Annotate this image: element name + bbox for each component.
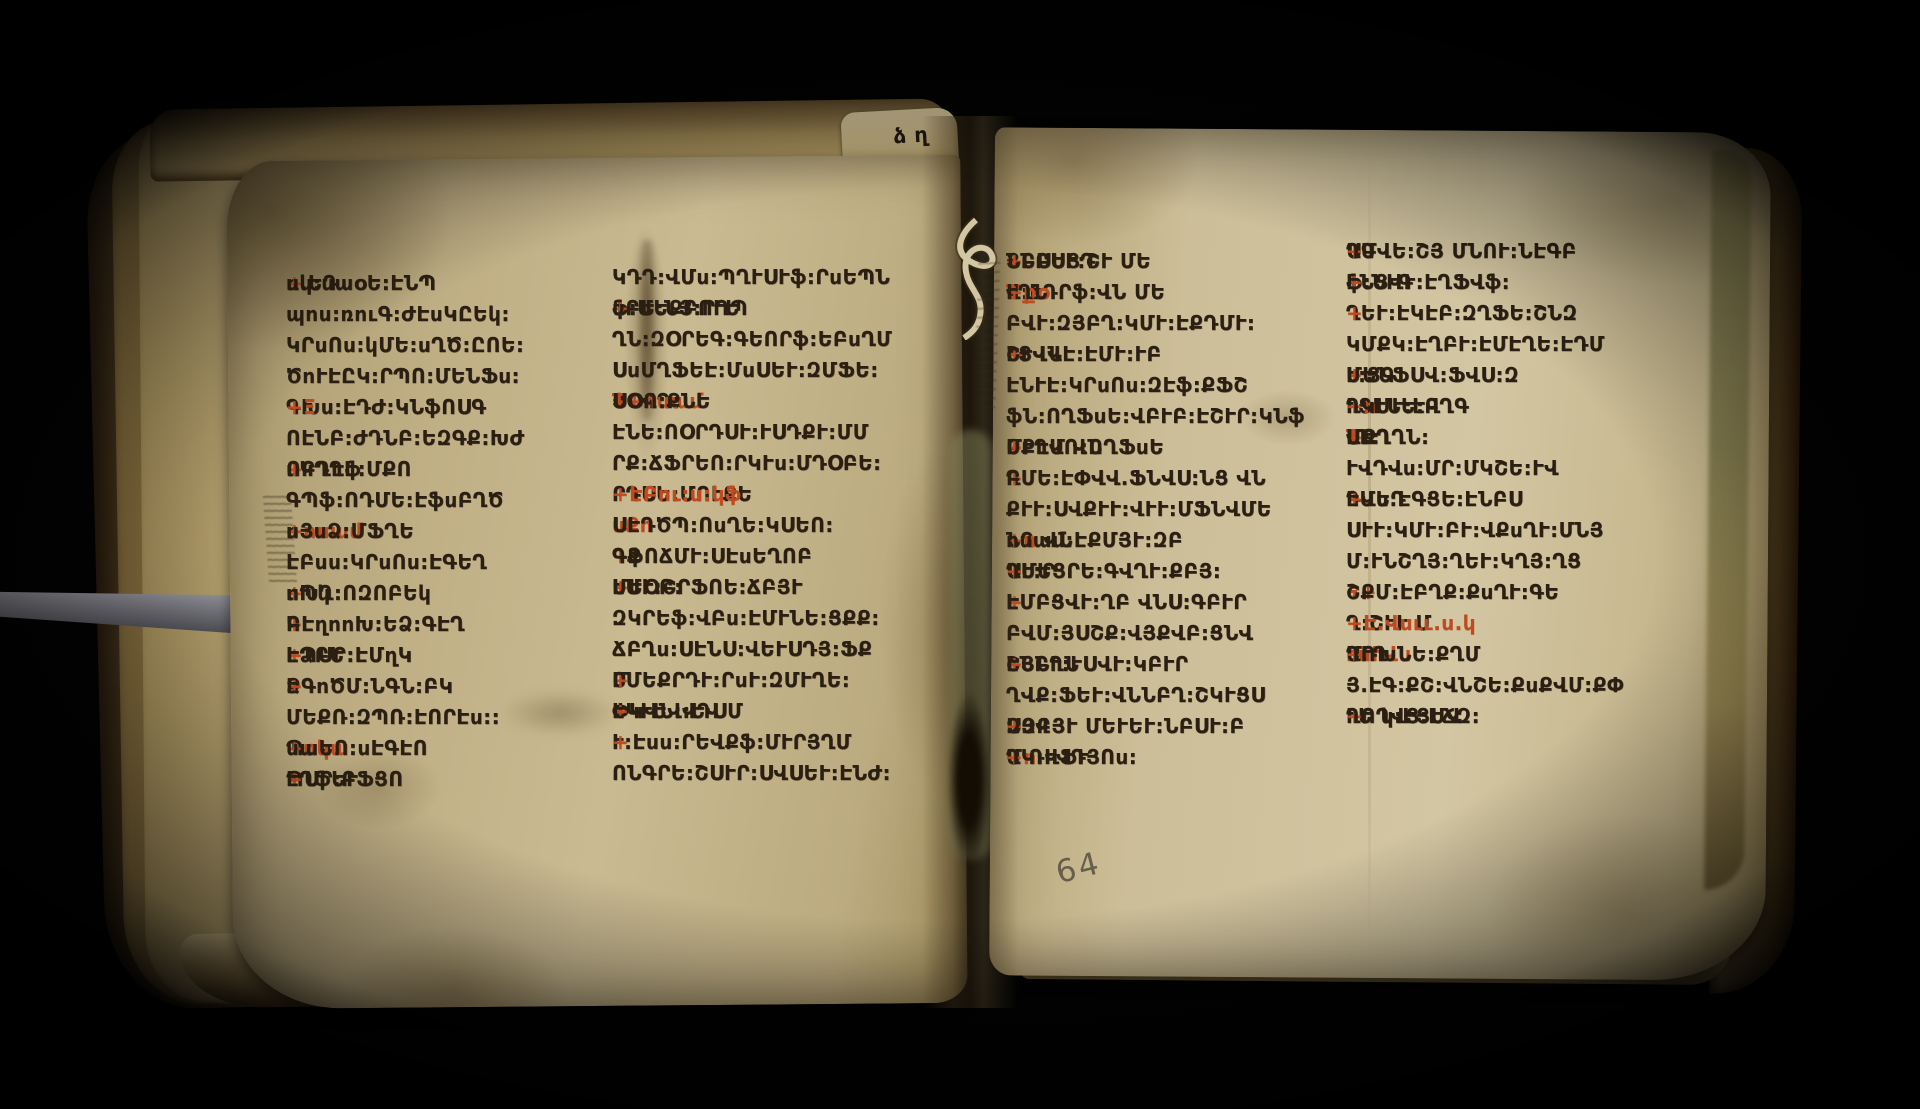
black-ink-text: Է [1006, 587, 1020, 618]
black-ink-text: ԷՆԲՂՆ [1006, 649, 1079, 680]
manuscript-text-line: ԿՄՔԿ:ԷՂԲՒ:ԷՄԷՂԵ:ԷԴՄ [1346, 329, 1692, 360]
black-ink-text: ՍԷԴԾՊ:ՈսՂԵ:ԿՍԵՈ: [612, 510, 834, 541]
manuscript-text-line: ԷՆՒԷ:ԿՐսՈս:ԶԷֆ:ՔՖՇ [1006, 370, 1344, 401]
manuscript-text-line: ՂՆ:ԶՕՐԵԳ:ԳԵՈՐֆ:ԵԲսՂՄ [612, 324, 958, 355]
black-ink-text: Յ.ԷԳ:ՔՇ:ՎՆՇԵ:ՔսՔՎՄ:ՔՓ [1346, 670, 1624, 701]
black-ink-text: ԲՎՄ:ՅՍՇՔ:ՎՅՔՎԲ:ՑՆՎ [1006, 618, 1253, 649]
manuscript-text-line: ՍսՄՂՖԵԷ:ՄսՍԵՒ:ԶՄՖԵ: [612, 355, 958, 386]
manuscript-text-line: Կ+ԲԷղոոԽ:ԵՁ:ԳԷՂ [286, 609, 586, 640]
black-ink-text: ԷՁԲԵ [286, 640, 345, 671]
manuscript-text-line: ՇՅՆՒ:ՒՍՎՒ:ԿԲՒՐ+ԷՆԲՂՆ [1006, 649, 1344, 680]
manuscript-text-line: ՂԵՒ:ԷԿԷԲ:ԶՂՖԵ:ՇՆԶ+ [1346, 298, 1692, 329]
black-ink-text: ԷՆՒԷ:ԿՐսՈս:ԶԷֆ:ՔՖՇ [1006, 370, 1248, 401]
black-ink-text: ՍՒՒ:ԿՄՒ:ԲՒ:ՎՔսՂՒ:ՄՆՅ [1346, 515, 1604, 546]
black-ink-text: ոսամ:ԷՔՄՅՒ:ԶԲ [1006, 525, 1183, 556]
black-ink-text: ԲՎՒ:ԶՅԲՂ:ԿՄՒ:ԷՔԴՄՒ: [1006, 308, 1255, 339]
manuscript-text-line: սՔոՍԷԴԾՊ:ՈսՂԵ:ԿՍԵՈ: [612, 510, 958, 541]
manuscript-text-line: ՃԲՂս:ՍԷՆՍ:ՎԵՒՍԴՅ:ՖՔ [612, 634, 958, 665]
black-ink-text: ԶԿՐԵֆ:ՎԲս:ԷՄՒՆԵ:ՑՔՔ: [612, 603, 880, 634]
manuscript-text-line: ֆ:ՄԵՔԲՈՒԵ+սԲԵ:ՆՅ:ՐՂՊ [612, 293, 958, 324]
manuscript-text-line: Ւ:ՑԳ+ՄԵՆՖՍՎ:ՖՎՍ:Զ [1346, 360, 1692, 391]
black-ink-text: ՒՎԴՎս:ՄՐ:ՄԿՇԵ:ՒՎ [1346, 453, 1559, 484]
black-ink-text: ԷՄԲՑՎՒ:ՂԲ ՎՆՍ:ԳԲՒՐ [1006, 587, 1247, 618]
manuscript-text-line: Յ.ԷԳ:ՔՇ:ՎՆՇԵ:ՔսՔՎՄ:ՔՓ [1346, 670, 1692, 701]
manuscript-text-line: ԳԽս:ԷԴԺ:ԿՆֆՈՍԳ+Ξ [286, 392, 586, 423]
manuscript-text-line: ՍՅՎ+ԶԶԲՅՒ ՄԵՒԵՒ:ՆԲՍՒ:Բ [1006, 711, 1344, 742]
rubric-red-ink: +Ξ [286, 392, 316, 423]
black-ink-text: ԿՄՔԿ:ԷՂԲՒ:ԷՄԷՂԵ:ԷԴՄ [1346, 329, 1605, 360]
manuscript-text-line: ՔՒՒ:ՍՎՔՒՒ:ՎՒՒ:ՄՖՆՎՄԵ [1006, 494, 1344, 525]
black-ink-text: ՄԵՆՖՍՎ:ՖՎՍ:Զ [1346, 360, 1519, 391]
black-ink-text: ՂԵՒ:ԷԿԷԲ:ԶՂՖԵ:ՇՆԶ [1346, 298, 1578, 329]
black-ink-text: ՈՆԳՐԵ:ՇՍՒՐ:ՍՎՍԵՒ:ԷՆԺ: [612, 758, 891, 789]
black-ink-text: ՂՄԵՑՐԵ:ԳՎՂՒ:ՔԲՅ: [1006, 556, 1221, 587]
manuscript-text-line: ՊսԿ+ոկասաԵՈ:սԷԳԷՈ [286, 733, 586, 764]
black-ink-text: ՒՂՆ [1006, 277, 1048, 308]
black-ink-text: ՂԿ:ՒՎԴՅՈս: [1006, 742, 1137, 773]
black-ink-text: ՐՔ:ՃՖՐԵՈ:ՐԿՒս:ՄԴՕԲԵ: [612, 448, 882, 479]
manuscript-text-line: ՍՒՒ:ԿՄՒ:ԲՒ:ՎՔսՂՒ:ՄՆՅ [1346, 515, 1692, 546]
black-ink-text: ՂՄԵ:ԷՓՎՎ.ՖՆՎՍ:ՆՑ ՎՆ [1006, 463, 1266, 494]
manuscript-text-line: ŦՎ:ԷԴՐֆ:ՎՆ ՄԵ+քօՒՂՆ [1006, 277, 1344, 308]
manuscript-text-line: Ւ:Էսս:ՐԵՎՔֆ:ՄՒՐՅՂՄ+ [612, 727, 958, 758]
black-ink-text: ՇՔՄ:ԷԲՂՔ:ՔսՂՒ:ԳԵ [1346, 577, 1559, 608]
manuscript-text-line: ԲՎՒ:ԶՅԲՂ:ԿՄՒ:ԷՔԴՄՒ: [1006, 308, 1344, 339]
left-page-column-2: ԿԴԴ:ՎՄս:ՊՂՒՍՒֆ:ՐսԵՊՆֆ:ՄԵՔԲՈՒԵ+սԲԵ:ՆՅ:ՐՂՊ… [612, 262, 958, 789]
manuscript-text-line: ՊՍՐ:ԲՖՑՈ+ԷՂֆԵՒ [286, 764, 586, 795]
right-page-column-1: ՅՆԲՍՒ:ՇՒ ՄԵ+ՆԲՍԵՅԴŦՎ:ԷԴՐֆ:ՎՆ ՄԵ+քօՒՂՆԲՎՒ… [1006, 246, 1344, 773]
manuscript-text-line: ԶԿՐԵֆ:ՎԲս:ԷՄՒՆԵ:ՑՔՔ: [612, 603, 958, 634]
black-ink-text: ՆԲՍԵՅԴ [1006, 246, 1095, 277]
manuscript-text-line: ՈԷՆԲ:ԺԴՆԲ:ԵԶԳՔ:ԽԺ [286, 423, 586, 454]
manuscript-text-line: ԳՊֆ:ՈԴՄԵ:ԷֆսԲՂԾ [286, 485, 586, 516]
black-ink-text: ՂՎՔ:ՖԵՒ:ՎՆՆԲՂ:ՇԿՒՑՍ [1006, 680, 1266, 711]
black-ink-text: ՂՄՎԵ:ՇՅ ՄՆՈՒ:ՆԷԳԲ [1346, 236, 1577, 267]
black-ink-text: ՂՆ:ԶՕՐԵԳ:ԳԵՈՐֆ:ԵԲսՂՄ [612, 324, 892, 355]
rubric-red-ink: + [612, 727, 629, 758]
manuscript-text-line: Մ:ՒՆՇՂՅ:ՂԵՒ:ԿՂՅ:ՂՑ [1346, 546, 1692, 577]
manuscript-text-line: ԿԴԴ:ՎՄս:ՊՂՒՍՒֆ:ՐսԵՊՆ [612, 262, 958, 293]
black-ink-text: ԷԿՒԵՎ:ԵՎ [612, 696, 721, 727]
black-ink-text: ՂՈՂՎՅ:ԷՃԶ: [1346, 701, 1480, 732]
black-ink-text: ՂՒՂ [1346, 639, 1388, 670]
manuscript-text-line: ŦՅՕՎԴ:Ŧ+ոսամՍՕՈ:ՔՆԵ [612, 386, 958, 417]
manuscript-text-line: ԷՒ:ŦՎԶՂŦՄ+ՄՔՂՂՆ: [1346, 422, 1692, 453]
manuscript-text-line: ՂՎՔ:ՖԵՒ:ՎՆՆԲՂ:ՇԿՒՑՍ [1006, 680, 1344, 711]
manuscript-text-line: ԿՐսՈս:կՄԵ:սՂԾ:ԸՈԵ: [286, 330, 586, 361]
manuscript-text-line: Մ+ՐՄԵՔՐԴՒ:ՐսՒ:ԶՄՒՂԵ: [612, 665, 958, 696]
black-ink-text: Է [286, 671, 300, 702]
manuscript-photo: ձղ ռ.ԵԴ+սկ:սաօԵ:ԷՆՊպոս:ռուԳ:ԺԷսԿԸԵկ:ԿՐսՈ… [0, 0, 1920, 1109]
black-ink-text: ՃԲՂս:ՍԷՆՍ:ՎԵՒՍԴՅ:ՖՔ [612, 634, 872, 665]
black-ink-text: Ւ:Էսս:ՐԵՎՔֆ:ՄՒՐՅՂՄ [612, 727, 852, 758]
manuscript-text-line: Մ ԴՎՖՒ+ոՂԿ:ՒՎԴՅՈս: [1006, 742, 1344, 773]
manuscript-text-line: ֆ:ՆՒԳ+ԷՆՑՎՒ:ԷՂՖՎֆ: [1346, 267, 1692, 298]
manuscript-text-line: ϟ+ՇՔՄ:ԷԲՂՔ:ՔսՂՒ:ԳԵ [1346, 577, 1692, 608]
black-ink-text: ԷՆԵ:ՈՕՐԴՍՒ:ՒՍԴՔՒ:ՄՄ [612, 417, 869, 448]
manuscript-text-line: ՓԿՎՆ:ՎԴՍՄ+ԷԿՒԵՎ:ԵՎ [612, 696, 958, 727]
black-ink-text: սԲԵ:ՆՅ:ՐՂՊ [612, 293, 748, 324]
black-ink-text: ՍսՄՂՖԵԷ:ՄսՍԵՒ:ԶՄՖԵ: [612, 355, 879, 386]
black-ink-text: ՄԵՕԲ: [612, 572, 683, 603]
manuscript-text-line: ՒսՒՎսՄԴԽՆԵ:ՔՂՄ+ՂՒՂ [1346, 639, 1692, 670]
right-page-column-2: ՍԳ+ՂՄՎԵ:ՇՅ ՄՆՈՒ:ՆԷԳԲֆ:ՆՒԳ+ԷՆՑՎՒ:ԷՂՖՎֆ:ՂԵ… [1346, 236, 1692, 732]
manuscript-text-line: ՒՑԷՆԵ:ԲՂԳ+ոՂԿՄՒ:ԷՎ [1346, 391, 1692, 422]
black-ink-text: ՁԳոԾՄ:ՆԳՆ:ԲԿ [286, 671, 453, 702]
black-ink-text: ԷՆՑՎՒ:ԷՂՖՎֆ: [1346, 267, 1510, 298]
black-ink-text: ՄՔՂՂՆ: [1346, 422, 1429, 453]
manuscript-text-line: պոս:ռուԳ:ԺԷսԿԸԵկ: [286, 299, 586, 330]
manuscript-text-line: ՒՑՎՎ+ՇՒՎՆԷ:ԷՄՒ:ՒԲ [1006, 339, 1344, 370]
black-ink-text: ՇՒՎՆԷ:ԷՄՒ:ՒԲ [1006, 339, 1162, 370]
manuscript-text-line: ՒԵ կ:ԷՑՄՎ+ՂՈՂՎՅ:ԷՃԶ: [1346, 701, 1692, 732]
black-ink-text: Մ:ՒՆՇՂՅ:ՂԵՒ:ԿՂՅ:ՂՑ [1346, 546, 1582, 577]
black-ink-text: ԾոՒԷԸԿ:ՐՊՈ:ՄԵՆՖս: [286, 361, 520, 392]
manuscript-text-line: ՁԳոԾՄ:ՆԳՆ:ԲԿ+Է [286, 671, 586, 702]
manuscript-text-line: ՐԴՍԵ:ՄՈՒՔԵ+ԷԲու:ս:կֆ [612, 479, 958, 510]
black-ink-text: ԳֆՈՃՄՒ:ՍԷսԵՂՈԲ [612, 541, 812, 572]
manuscript-text-line: ՒՎԴՎս:ՄՐ:ՄԿՇԵ:ՒՎ [1346, 453, 1692, 484]
rubric-red-ink: +ԷԲու:ս:կֆ [612, 479, 742, 510]
manuscript-text-line: ԷՆԵ:ՈՕՐԴՍՒ:ՒՍԴՔՒ:ՄՄ [612, 417, 958, 448]
manuscript-text-line: ռ.ԵԴ+սկ:սաօԵ:ԷՆՊ [286, 268, 586, 299]
manuscript-text-line: ԷՊՍՐ:ԷՄղԿ+ԷՁԲԵ [286, 640, 586, 671]
black-ink-text: ֆՆ:ՈՂՖսԵ:ՎԲՒԲ:ԷՇՒՐ:ԿՆֆ [1006, 401, 1305, 432]
black-ink-text: ոԽՂ:ՈԶՈԲԵկ [286, 578, 431, 609]
manuscript-text-line: ՈՆԳՐԵ:ՇՍՒՐ:ՍՎՍԵՒ:ԷՆԺ: [612, 758, 958, 789]
black-ink-text: ՄՒՂՎՌ:ՈՂՖսԵ [1006, 432, 1164, 463]
manuscript-text-line: ՆԴ ՎՆ+ոոսամ:ԷՔՄՅՒ:ԶԲ [1006, 525, 1344, 556]
left-page-column-1: ռ.ԵԴ+սկ:սաօԵ:ԷՆՊպոս:ռուԳ:ԺԷսԿԸԵկ:ԿՐսՈս:կ… [286, 268, 586, 795]
manuscript-text-line: ԴՎս:ԷԳՑԵ:ԷՆԲՍ+ԷՄԵԴ [1346, 484, 1692, 515]
manuscript-text-line: ֆՆ:ՈՂՖսԵ:ՎԲՒԲ:ԷՇՒՐ:ԿՆֆ [1006, 401, 1344, 432]
black-ink-text: ԲԷղոոԽ:ԵՁ:ԳԷՂ [286, 609, 465, 640]
black-ink-text: ՔՒՒ:ՍՎՔՒՒ:ՎՒՒ:ՄՖՆՎՄԵ [1006, 494, 1272, 525]
manuscript-text-line: ՄԵՔՌ:ԶՊՌ:ԷՈՐԷս:: [286, 702, 586, 733]
manuscript-text-line: սՊկ+ոԽՂ:ՈԶՈԲԵկ [286, 578, 586, 609]
manuscript-text-line: ՅՆԲՍՒ:ՇՒ ՄԵ+ՆԲՍԵՅԴ [1006, 246, 1344, 277]
black-ink-text: ԶԶԲՅՒ ՄԵՒԵՒ:ՆԲՍՒ:Բ [1006, 711, 1245, 742]
black-ink-text: ԳՊֆ:ՈԴՄԵ:ԷֆսԲՂԾ [286, 485, 504, 516]
manuscript-text-line: ԲՔԷՄ ՎՆ+ՄՒՂՎՌ:ՈՂՖսԵ [1006, 432, 1344, 463]
manuscript-text-line: ԲՎՄ:ՅՍՇՔ:ՎՅՔՎԲ:ՑՆՎ [1006, 618, 1344, 649]
black-ink-text: ՄԵՔՌ:ԶՊՌ:ԷՈՐԷս:: [286, 702, 500, 733]
black-ink-text: պոս:ռուԳ:ԺԷսԿԸԵկ: [286, 299, 510, 330]
manuscript-text-line: ԷԲսս:ԿՐսՈս:ԷԳԵՂ [286, 547, 586, 578]
manuscript-text-line: սԿԴՂԷ:ՄՔՈ+ՈԲՂԷֆ [286, 454, 586, 485]
right-page-foredge-stain [1704, 150, 1752, 890]
manuscript-text-line: Ղ:ՇՒՒ Մ+Է.Վսււ.ս.կ [1346, 608, 1692, 639]
black-ink-text: սՅսՁ:ՄՖՂԵ [286, 516, 414, 547]
manuscript-text-line: ՐՔ:ՃՖՐԵՈ:ՐԿՒս:ՄԴՕԲԵ: [612, 448, 958, 479]
manuscript-text-line: ԴՔ+ԳֆՈՃՄՒ:ՍԷսԵՂՈԲ [612, 541, 958, 572]
manuscript-text-line: ԷՄՒ:ՇՐՖՈԵ:ՃԲՅՒ+ՄԵՕԲ: [612, 572, 958, 603]
black-ink-text: ՍՕՈ:ՔՆԵ [612, 386, 711, 417]
black-ink-text: ԷԲսս:ԿՐսՈս:ԷԳԵՂ [286, 547, 487, 578]
black-ink-text: ՂԿՄՒ:ԷՎ [1346, 391, 1441, 422]
black-ink-text: սաԵՈ:սԷԳԷՈ [286, 733, 428, 764]
black-ink-text: ԷՄԵԴ [1346, 484, 1406, 515]
rubric-red-ink: +Է.Վսււ.ս.կ [1346, 608, 1476, 639]
manuscript-text-line: ԷՄԲՑՎՒ:ՂԲ ՎՆՍ:ԳԲՒՐ+Է [1006, 587, 1344, 618]
manuscript-text-line: ՍԳ+ՂՄՎԵ:ՇՅ ՄՆՈՒ:ՆԷԳԲ [1346, 236, 1692, 267]
manuscript-text-line: ՍՒ:Ր+ՂՄԵՑՐԵ:ԳՎՂՒ:ՔԲՅ: [1006, 556, 1344, 587]
manuscript-text-line: ԾոՒԷԸԿ:ՐՊՈ:ՄԵՆՖս: [286, 361, 586, 392]
black-ink-text: ԿՐսՈս:կՄԵ:սՂԾ:ԸՈԵ: [286, 330, 524, 361]
black-ink-text: ՐՄԵՔՐԴՒ:ՐսՒ:ԶՄՒՂԵ: [612, 665, 850, 696]
rubric-red-ink: + [1346, 298, 1363, 329]
black-ink-text: Բ [1006, 463, 1021, 494]
black-ink-text: սկ:սաօԵ:ԷՆՊ [286, 268, 436, 299]
manuscript-text-line: ո+ոսամսՅսՁ:ՄՖՂԵ [286, 516, 586, 547]
black-ink-text: ՈԲՂԷֆ [286, 454, 361, 485]
black-ink-text: ԿԴԴ:ՎՄս:ՊՂՒՍՒֆ:ՐսԵՊՆ [612, 262, 890, 293]
manuscript-text-line: ՂՄԵ:ԷՓՎՎ.ՖՆՎՍ:ՆՑ ՎՆ+Բ [1006, 463, 1344, 494]
black-ink-text: ՈԷՆԲ:ԺԴՆԲ:ԵԶԳՔ:ԽԺ [286, 423, 525, 454]
black-ink-text: ԷՂֆԵՒ [286, 764, 358, 795]
